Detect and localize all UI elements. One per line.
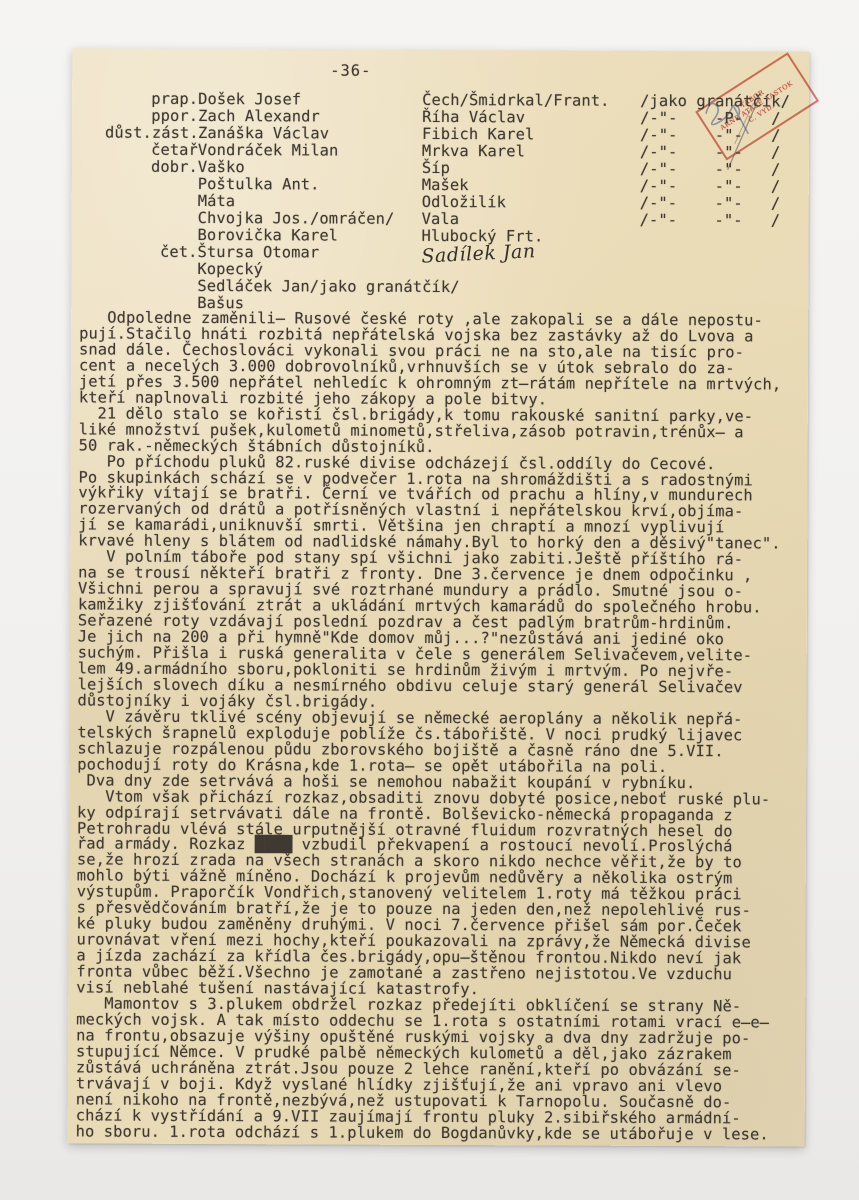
roster-rank: prap. xyxy=(105,91,198,108)
roster-rank xyxy=(105,227,198,244)
roster-rank: ppor. xyxy=(105,108,198,125)
roster-rank: dobr. xyxy=(105,159,198,176)
scanned-document-background: -36- TÁBOR ARNE ATAŠE AASTOK Č. VYD. pra… xyxy=(0,0,859,1200)
document-page: -36- TÁBOR ARNE ATAŠE AASTOK Č. VYD. pra… xyxy=(68,48,810,1146)
roster-rank: četař xyxy=(105,142,198,159)
roster-ditto-marks xyxy=(639,280,808,298)
roster-ditto-marks xyxy=(639,246,808,264)
roster-rank xyxy=(104,261,197,278)
roster-paired-name: Mrkva Karel xyxy=(422,143,640,161)
roster-paired-name xyxy=(421,279,639,297)
roster-ditto-marks: /-"- -"- / xyxy=(640,127,809,145)
roster-ditto-marks: /-"- -"- / xyxy=(640,212,809,230)
roster-ditto-marks: /jako granátčík/ xyxy=(640,93,809,111)
roster-rank: důst.zást. xyxy=(105,125,198,142)
roster-rank xyxy=(104,278,197,295)
body-text: Odpoledne zaměnili̶ Rusové české roty ,a… xyxy=(76,310,809,1143)
page-number: -36- xyxy=(330,62,371,80)
roster-rank xyxy=(105,193,198,210)
casualty-roster: prap. Došek Josef Čech/Šmidrkal/Frant. /… xyxy=(71,90,809,314)
roster-rank: čet. xyxy=(104,244,197,261)
roster-ditto-marks: /-"- -"- / xyxy=(640,195,809,213)
roster-rank xyxy=(105,176,198,193)
roster-ditto-marks: /-"- -"- / xyxy=(640,178,809,196)
roster-rank xyxy=(105,210,198,227)
roster-ditto-marks: /-"- -P- / xyxy=(640,110,809,128)
roster-ditto-marks: /-"- -"- / xyxy=(640,161,809,179)
roster-ditto-marks xyxy=(639,263,808,281)
roster-ditto-marks xyxy=(640,229,809,247)
roster-ditto-marks: /-"- -"- / xyxy=(640,144,809,162)
